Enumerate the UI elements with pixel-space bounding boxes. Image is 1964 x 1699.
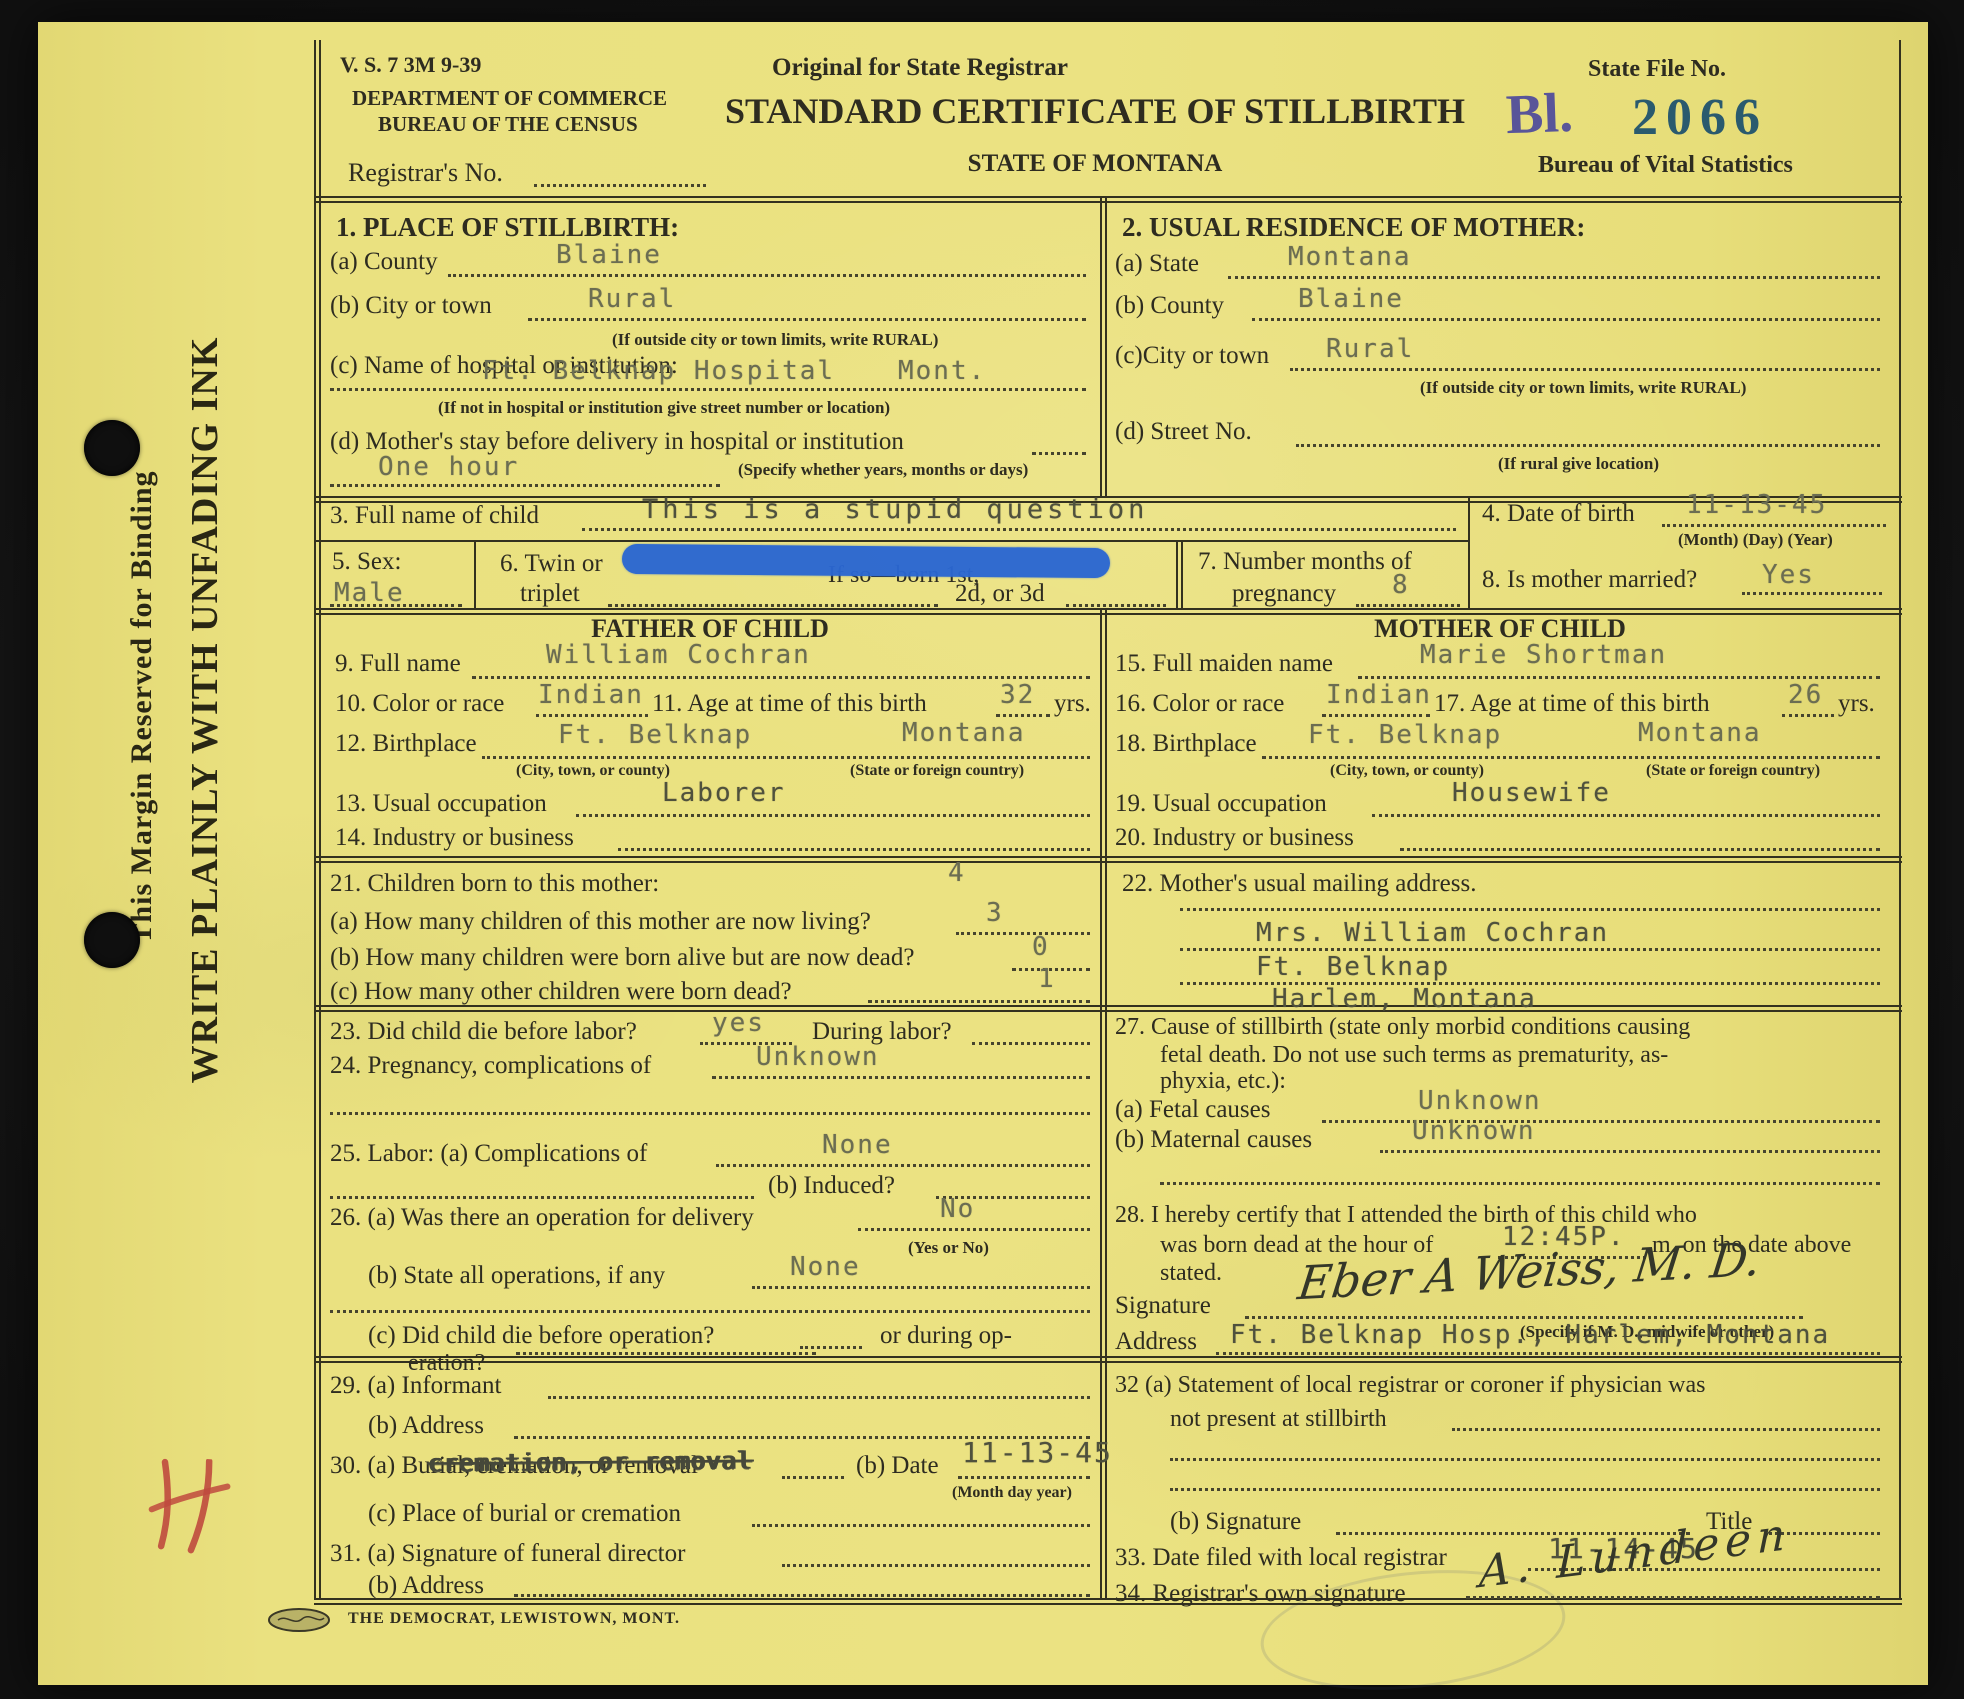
father-industry-label: 14. Industry or business [335,824,574,852]
statement-line1: 32 (a) Statement of local registrar or c… [1115,1372,1705,1399]
res-county-value: Blaine [1298,284,1404,314]
dotted-line [1180,948,1880,951]
res-state-value: Montana [1288,242,1412,272]
dotted-line [482,756,1090,759]
dotted-line [514,1594,1090,1597]
mailing-line1: Mrs. William Cochran [1256,918,1609,948]
county-label: (a) County [330,248,438,276]
dotted-line [782,1476,844,1479]
twin-months-divider [1176,540,1183,608]
q26c-mid: or during op- [880,1322,1012,1350]
state-file-label: State File No. [1588,56,1726,83]
dotted-line [800,1346,862,1349]
father-birthplace-label: 12. Birthplace [335,730,477,758]
children-stillborn-label: (c) How many other children were born de… [330,978,792,1006]
dotted-line [548,1396,1090,1399]
married-value: Yes [1762,560,1815,590]
rule-under-header [314,196,1902,203]
maternal-value: Unknown [1412,1116,1536,1146]
dotted-line [330,604,462,607]
res-city-label: (c)City or town [1115,342,1269,370]
father-occupation-label: 13. Usual occupation [335,790,547,818]
rule-under-name [314,540,1468,542]
dotted-line [752,1524,1090,1527]
sex-twin-divider [474,540,476,608]
dotted-line [1180,908,1880,911]
mailing-line2: Ft. Belknap [1256,952,1450,982]
dotted-line [958,1476,1090,1479]
months-label-1: 7. Number months of [1198,548,1412,576]
mother-occupation-value: Housewife [1452,778,1611,808]
dotted-line [858,1228,1090,1231]
mother-name-label: 15. Full maiden name [1115,650,1333,678]
mother-race-label: 16. Color or race [1115,690,1284,718]
signature-label: Signature [1115,1292,1211,1320]
dotted-line [868,1000,1090,1003]
father-race-value: Indian [538,680,644,710]
children-stillborn-value: 1 [1038,964,1056,994]
children-total-value: 4 [948,858,966,888]
address-value: Ft. Belknap Hosp., Harlem, Montana [1230,1320,1830,1350]
dotted-line [1170,1458,1880,1461]
burial-place-label: (c) Place of burial or cremation [368,1500,681,1528]
dotted-line [782,1564,1090,1567]
statement-line2: not present at stillbirth [1170,1406,1387,1433]
certify-line3: stated. [1160,1260,1222,1287]
bl-stamp: Bl. [1505,81,1574,147]
hospital-value: Ft. Belknap Hospital [482,356,835,386]
dotted-line [330,1196,754,1199]
dotted-line [330,388,1086,391]
registrar-no-label: Registrar's No. [348,158,503,188]
maternal-label: (b) Maternal causes [1115,1126,1312,1154]
rule-under-labor [314,1356,1902,1363]
dob-label: 4. Date of birth [1482,500,1635,528]
mailing-line3: Harlem, Montana [1272,984,1537,1014]
cause-line2: fetal death. Do not use such terms as pr… [1160,1042,1668,1069]
dotted-line [1032,452,1086,455]
dotted-line [516,1352,816,1355]
red-pencil-mark [145,1455,235,1557]
bureau-line: BUREAU OF THE CENSUS [378,112,638,137]
children-title: 21. Children born to this mother: [330,870,659,898]
residence-title: 2. USUAL RESIDENCE OF MOTHER: [1122,212,1585,243]
dotted-line [752,1286,1090,1289]
fetal-value: Unknown [1418,1086,1542,1116]
dotted-line [1466,1596,1880,1599]
children-dead-label: (b) How many children were born alive bu… [330,944,915,972]
mother-birthplace-value2: Montana [1638,718,1762,748]
burial-overtype: cremation, or removal [428,1447,753,1478]
children-dead-value: 0 [1032,932,1050,962]
mother-birthplace-label: 18. Birthplace [1115,730,1257,758]
stay-hint: (Specify whether years, months or days) [738,460,1028,480]
dotted-line [330,1310,1090,1313]
second-third-label: 2d, or 3d [955,580,1045,608]
dotted-line [1228,276,1880,279]
q26a-label: 26. (a) Was there an operation for deliv… [330,1204,754,1232]
dotted-line [1245,1316,1803,1319]
dotted-line [1400,848,1880,851]
sex-label: 5. Sex: [332,548,401,576]
dotted-line [330,484,720,487]
q26b-label: (b) State all operations, if any [368,1262,665,1290]
rule-under-children [314,1005,1902,1012]
q26a-value: No [940,1194,975,1224]
mother-name-value: Marie Shortman [1420,640,1667,670]
informant-addr-label: (b) Address [368,1412,484,1440]
blue-marker-redaction [622,544,1110,578]
q26a-hint: (Yes or No) [908,1238,989,1258]
informant-label: 29. (a) Informant [330,1372,501,1400]
dotted-line [472,676,1090,679]
mother-birthplace-hint2: (State or foreign country) [1646,762,1820,780]
director-label: 31. (a) Signature of funeral director [330,1540,685,1568]
children-living-label: (a) How many children of this mother are… [330,908,871,936]
punch-hole [84,912,140,968]
dotted-line [1356,604,1460,607]
dotted-line [1358,676,1880,679]
dotted-line [1216,1352,1880,1355]
dotted-line [712,1076,1090,1079]
months-label-2: pregnancy [1232,580,1336,608]
dotted-line [1372,814,1880,817]
hospital-value-state: Mont. [898,356,986,386]
dotted-line [1380,1150,1880,1153]
fetal-label: (a) Fetal causes [1115,1096,1270,1124]
dotted-line [534,184,706,187]
stay-value: One hour [378,452,519,482]
place-title: 1. PLACE OF STILLBIRTH: [336,212,679,243]
copy-note: Original for State Registrar [772,54,1068,82]
married-label: 8. Is mother married? [1482,566,1697,594]
street-label: (d) Street No. [1115,418,1252,446]
dotted-line [608,604,938,607]
father-birthplace-hint2: (State or foreign country) [850,762,1024,780]
triplet-label: triplet [520,580,580,608]
state-line: STATE OF MONTANA [870,150,1320,178]
father-birthplace-hint1: (City, town, or county) [516,762,670,780]
city-label: (b) City or town [330,292,492,320]
mother-industry-label: 20. Industry or business [1115,824,1354,852]
q26b-value: None [790,1252,861,1282]
cause-line3: phyxia, etc.): [1160,1068,1286,1095]
city-hint: (If outside city or town limits, write R… [612,330,938,350]
months-value: 8 [1392,570,1410,600]
father-age-value: 32 [1000,680,1035,710]
punch-hole [84,420,140,476]
dotted-line [996,714,1050,717]
dotted-line [1290,368,1880,371]
vital-statistics-line: Bureau of Vital Statistics [1538,152,1793,179]
dotted-line [536,714,648,717]
mother-age-suffix: yrs. [1838,690,1875,718]
res-county-label: (b) County [1115,292,1224,320]
dotted-line [582,528,1456,531]
state-file-number: 2066 [1632,88,1768,147]
dotted-line [330,1112,1090,1115]
q26c-label: (c) Did child die before operation? [368,1322,714,1350]
q24-label: 24. Pregnancy, complications of [330,1052,651,1080]
form-right-border [1899,40,1901,1598]
q23-value: yes [712,1008,765,1038]
father-occupation-value: Laborer [662,778,786,808]
hospital-hint: (If not in hospital or institution give … [438,398,890,418]
margin-ink-text: WRITE PLAINLY WITH UNFADING INK [183,313,227,1107]
dotted-line [1662,524,1886,527]
street-hint: (If rural give location) [1498,454,1659,474]
mailing-title: 22. Mother's usual mailing address. [1122,870,1476,898]
child-name-value: This is a stupid question [642,494,1148,525]
mother-occupation-label: 19. Usual occupation [1115,790,1327,818]
dob-divider [1468,496,1470,608]
registrar-sig-label: (b) Signature [1170,1508,1301,1536]
dotted-line [1782,714,1834,717]
own-sig-label: 34. Registrar's own signature [1115,1580,1406,1608]
dotted-line [1262,756,1880,759]
father-name-label: 9. Full name [335,650,461,678]
res-city-hint: (If outside city or town limits, write R… [1420,378,1746,398]
dob-value: 11-13-45 [1686,490,1827,520]
cause-line1: 27. Cause of stillbirth (state only morb… [1115,1014,1690,1041]
form-left-border [314,40,321,1598]
dotted-line [1742,592,1882,595]
children-living-value: 3 [986,898,1004,928]
father-race-label: 10. Color or race [335,690,504,718]
dotted-line [716,1164,1090,1167]
printer-line: THE DEMOCRAT, LEWISTOWN, MONT. [348,1610,680,1628]
father-age-label: 11. Age at time of this birth [652,690,927,718]
filed-label: 33. Date filed with local registrar [1115,1544,1447,1572]
q25-value: None [822,1130,893,1160]
dotted-line [1160,1182,1880,1185]
city-value: Rural [588,284,676,314]
county-value: Blaine [556,240,662,270]
q24-value: Unknown [756,1042,880,1072]
dotted-line [1296,444,1880,447]
dotted-line [576,814,1090,817]
father-name-value: William Cochran [546,640,811,670]
dotted-line [1322,714,1430,717]
burial-date-value: 11-13-45 [962,1436,1113,1469]
father-birthplace-value1: Ft. Belknap [558,720,752,750]
mother-race-value: Indian [1326,680,1432,710]
res-city-value: Rural [1326,334,1414,364]
dotted-line [1170,1488,1880,1491]
burial-date-hint: (Month day year) [952,1484,1072,1502]
dotted-line [528,318,1086,321]
q25b-label: (b) Induced? [768,1172,895,1200]
res-state-label: (a) State [1115,250,1199,278]
q25-label: 25. Labor: (a) Complications of [330,1140,647,1168]
child-name-label: 3. Full name of child [330,502,539,530]
twin-label: 6. Twin or [500,550,603,578]
dotted-line [1252,318,1880,321]
column-divider [1100,196,1107,496]
dotted-line [618,848,1090,851]
burial-date-label: (b) Date [856,1452,939,1480]
mother-age-value: 26 [1788,680,1823,710]
dotted-line [448,274,1086,277]
dotted-line [1322,1120,1880,1123]
form-code: V. S. 7 3M 9-39 [340,52,481,78]
dotted-line [972,1042,1090,1045]
printer-union-bug-icon [266,1606,332,1634]
father-birthplace-value2: Montana [902,718,1026,748]
mother-age-label: 17. Age at time of this birth [1434,690,1710,718]
director-addr-label: (b) Address [368,1572,484,1600]
father-age-suffix: yrs. [1054,690,1091,718]
address-label: Address [1115,1328,1197,1356]
mother-birthplace-value1: Ft. Belknap [1308,720,1502,750]
rule-under-parents [314,856,1902,863]
dotted-line [956,932,1090,935]
q23-label: 23. Did child die before labor? [330,1018,637,1046]
scanned-certificate: This Margin Reserved for Binding WRITE P… [0,0,1964,1699]
dob-hint: (Month) (Day) (Year) [1678,530,1833,550]
form-bottom-border [314,1598,1902,1605]
certificate-title: STANDARD CERTIFICATE OF STILLBIRTH [612,90,1578,132]
dotted-line [1066,604,1166,607]
dotted-line [1452,1428,1880,1431]
